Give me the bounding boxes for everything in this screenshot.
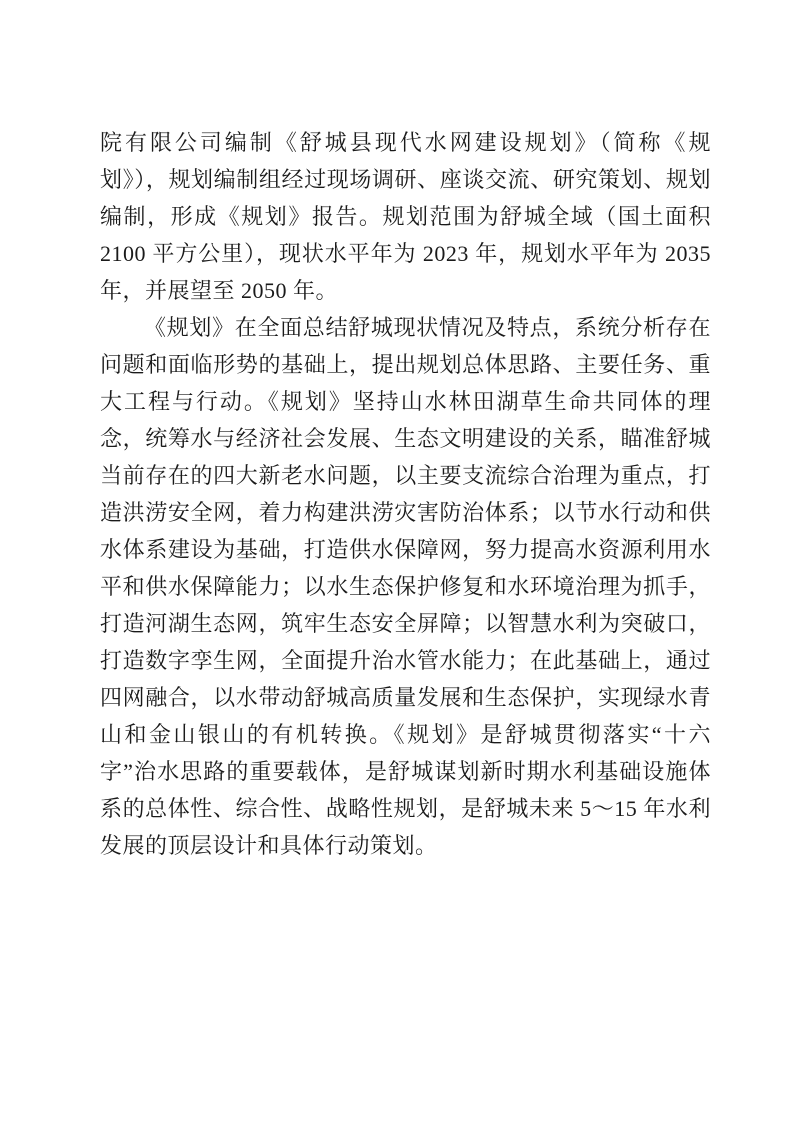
paragraph-summary: 《规划》在全面总结舒城现状情况及特点，系统分析存在问题和面临形势的基础上，提出规… <box>100 309 711 864</box>
paragraph-continuation: 院有限公司编制《舒城县现代水网建设规划》（简称《规划》），规划编制组经过现场调研… <box>100 124 711 309</box>
document-text-block: 院有限公司编制《舒城县现代水网建设规划》（简称《规划》），规划编制组经过现场调研… <box>100 124 711 864</box>
document-page: 院有限公司编制《舒城县现代水网建设规划》（简称《规划》），规划编制组经过现场调研… <box>0 0 794 1122</box>
